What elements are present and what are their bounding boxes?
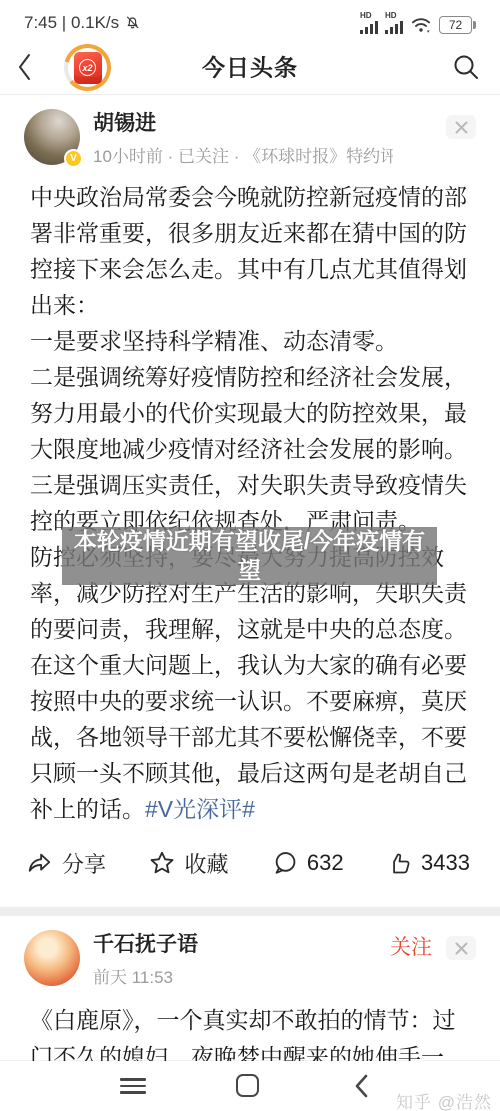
- page-title: 今日头条: [202, 50, 298, 83]
- mute-bell-icon: [124, 15, 141, 32]
- overlay-caption: 本轮疫情近期有望收尾/今年疫情有 望: [62, 527, 437, 585]
- watermark: 知乎 @浩然: [396, 1088, 492, 1111]
- author-name[interactable]: 胡锡进: [93, 111, 393, 137]
- back-icon[interactable]: [16, 52, 38, 82]
- x2-badge: x2: [79, 59, 96, 76]
- post-huxijin: V 胡锡进 10小时前 · 已关注 · 《环球时报》特约评... 中央政治局常委…: [0, 109, 500, 907]
- clock-and-speed-text: 7:45 | 0.1K/s: [24, 13, 119, 33]
- thumbs-up-icon: [387, 851, 412, 876]
- avatar[interactable]: V: [24, 109, 80, 165]
- post-bailuyuan: 千石抚子语 前天 11:53 关注 《白鹿原》，一个真实却不敢拍的情节：过 门不…: [0, 930, 500, 1076]
- signal-icon-2: HD: [385, 12, 403, 34]
- post-meta: 10小时前 · 已关注 · 《环球时报》特约评...: [93, 142, 393, 167]
- favorite-button[interactable]: 收藏: [149, 848, 228, 879]
- post1-body: 中央政治局常委会今晚就防控新冠疫情的部 署非常重要，很多朋友近来都在猜中国的防 …: [0, 179, 500, 827]
- follow-button[interactable]: 关注: [390, 936, 432, 960]
- nav-back-icon[interactable]: [354, 1074, 370, 1098]
- post2-header: 千石抚子语 前天 11:53 关注: [0, 930, 500, 988]
- hashtag-link[interactable]: #V光深评#: [145, 796, 255, 822]
- battery-icon: 72: [439, 16, 476, 34]
- paragraph: 一是要求坚持科学精准、动态清零。: [30, 323, 470, 359]
- status-bar: 7:45 | 0.1K/s HD HD: [0, 0, 500, 38]
- red-envelope-icon[interactable]: x2: [64, 44, 111, 91]
- paragraph: 中央政治局常委会今晚就防控新冠疫情的部 署非常重要，很多朋友近来都在猜中国的防 …: [30, 179, 470, 323]
- home-square-icon[interactable]: [236, 1074, 259, 1097]
- wifi-icon: [410, 15, 432, 34]
- post1-header: V 胡锡进 10小时前 · 已关注 · 《环球时报》特约评...: [0, 109, 500, 167]
- signal-icon: HD: [360, 12, 378, 34]
- android-nav-bar: 知乎 @浩然: [0, 1061, 500, 1111]
- author-name[interactable]: 千石抚子语: [93, 932, 198, 958]
- toutiao-post-screen: 7:45 | 0.1K/s HD HD: [0, 0, 500, 1111]
- comment-button[interactable]: 632: [272, 850, 344, 876]
- like-button[interactable]: 3433: [387, 850, 470, 876]
- close-icon[interactable]: [446, 115, 476, 139]
- close-icon[interactable]: [446, 936, 476, 960]
- search-icon[interactable]: [452, 53, 480, 81]
- app-header: x2 今日头条: [0, 38, 500, 95]
- share-icon: [26, 850, 53, 876]
- paragraph: 二是强调统筹好疫情防控和经济社会发展， 努力用最小的代价实现最大的防控效果，最 …: [30, 359, 470, 467]
- action-bar: 分享 收藏 632 3433: [0, 841, 500, 885]
- share-button[interactable]: 分享: [26, 848, 106, 879]
- menu-icon[interactable]: [120, 1078, 146, 1094]
- comment-icon: [272, 850, 298, 876]
- star-icon: [149, 850, 175, 876]
- verified-badge: V: [64, 149, 83, 168]
- avatar[interactable]: [24, 930, 80, 986]
- post-meta: 前天 11:53: [93, 963, 198, 988]
- red-packet: x2: [74, 52, 102, 84]
- feed-divider: [0, 907, 500, 916]
